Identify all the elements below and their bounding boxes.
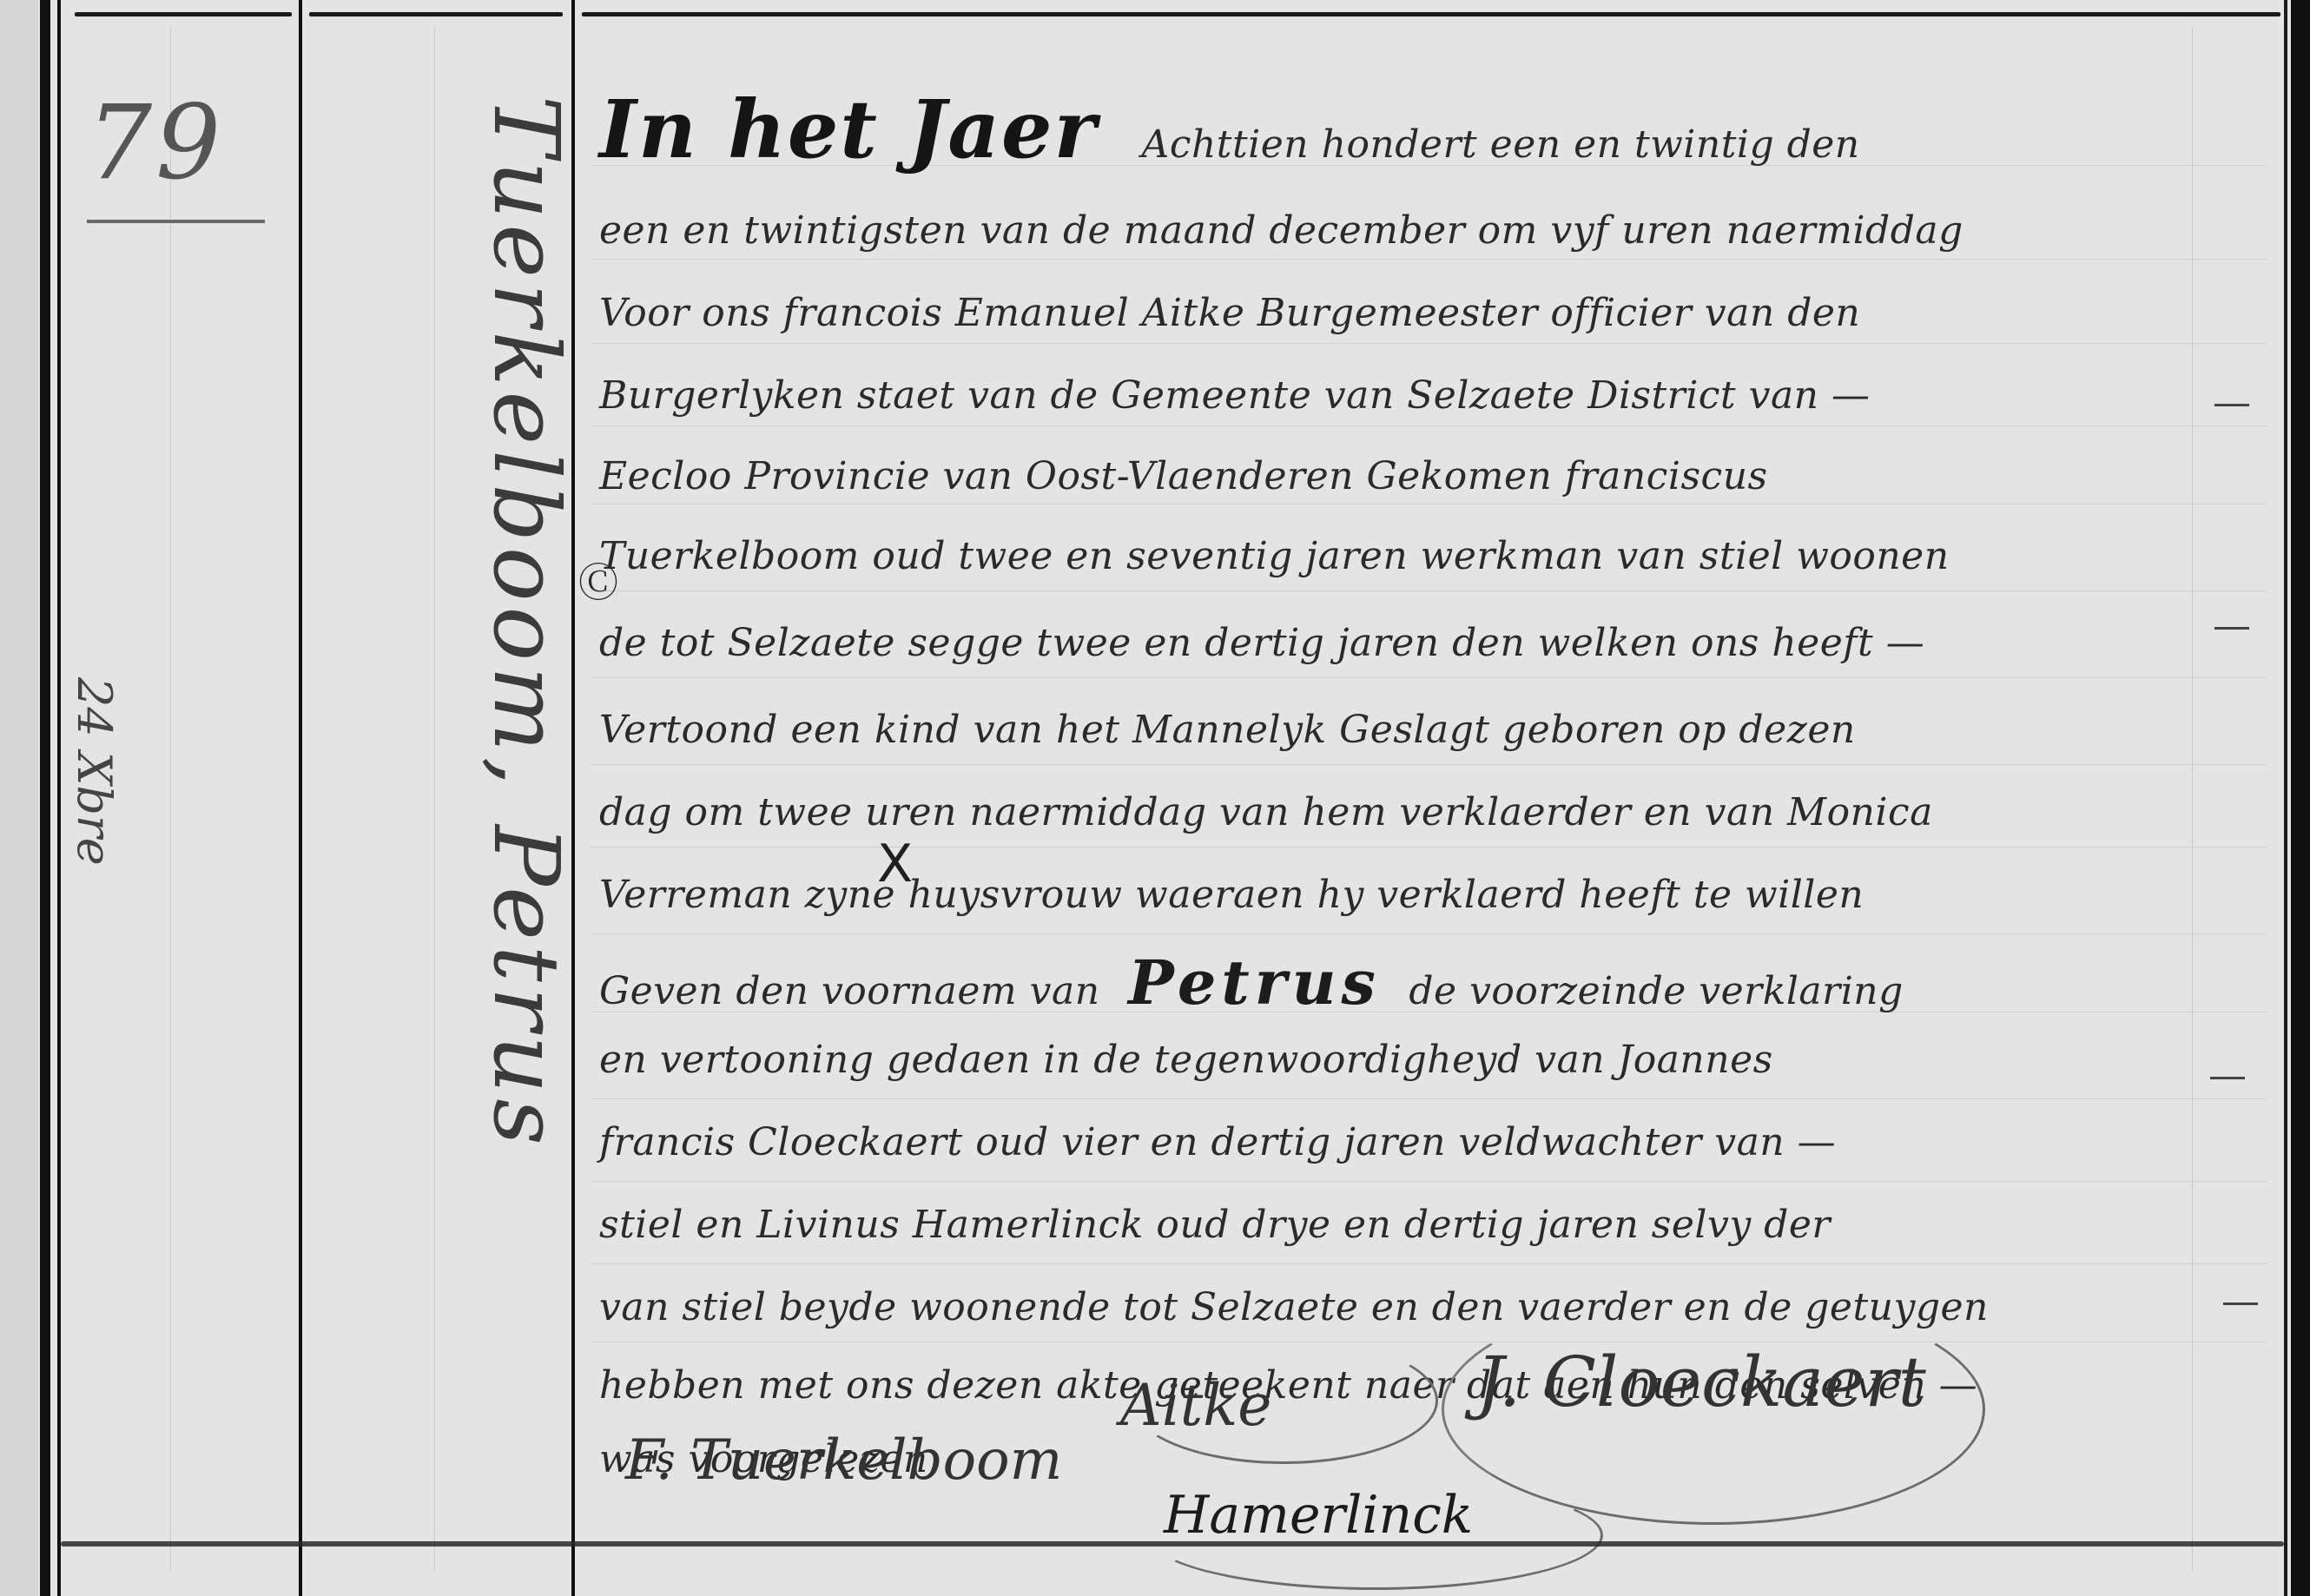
record-number-underline	[87, 220, 265, 223]
ruled-line	[591, 764, 2267, 765]
top-rule-number-column	[75, 12, 292, 16]
body-line: stiel en Livinus Hamerlinck oud drye en …	[599, 1203, 1831, 1247]
signature-tuerkelboom: F. Tuerkelboom	[625, 1428, 1062, 1493]
body-line: Burgerlyken staet van de Gemeente van Se…	[599, 373, 1871, 418]
line-filler-dash	[2214, 404, 2249, 406]
faint-guide-line	[170, 26, 171, 1572]
faint-guide-line	[2192, 26, 2193, 1572]
faint-guide-line	[434, 26, 435, 1572]
cross-mark: X	[877, 834, 913, 894]
line-filler-dash	[2223, 1303, 2258, 1305]
column-rule-right	[2284, 0, 2287, 1596]
binding-edge-rule	[40, 0, 50, 1596]
body-line-text: Achttien hondert een en twintig den	[1142, 122, 1860, 167]
top-rule-body-column	[582, 12, 2280, 16]
body-line: Voor ons francois Emanuel Aitke Burgemee…	[599, 291, 1860, 335]
ruled-line	[591, 1181, 2267, 1182]
ruled-line	[591, 847, 2267, 847]
margin-date: 24 Xbre	[67, 677, 122, 866]
record-heading: In het Jaer	[599, 82, 1098, 176]
body-line: francis Cloeckaert oud vier en dertig ja…	[599, 1120, 1836, 1164]
signature-flourish	[1146, 1481, 1603, 1590]
body-line: en vertooning gedaen in de tegenwoordigh…	[599, 1038, 1773, 1082]
ruled-line	[591, 1098, 2267, 1099]
ruled-line	[591, 933, 2267, 934]
ruled-line	[591, 259, 2267, 260]
ruled-line	[591, 590, 2267, 591]
register-page: 79 24 Xbre Tuerkelboom, Petrus In het Ja…	[0, 0, 2310, 1596]
signature-flourish	[1129, 1337, 1438, 1464]
child-given-name: Petrus	[1128, 946, 1381, 1019]
record-number: 79	[87, 82, 224, 202]
body-line: een en twintigsten van de maand december…	[599, 208, 1963, 253]
body-line: Verreman zyne huysvrouw waeraen hy verkl…	[599, 873, 1864, 917]
signature-flourish	[1442, 1294, 1985, 1525]
column-rule-number	[299, 0, 302, 1596]
ruled-line	[591, 504, 2267, 505]
margin-name: Tuerkelboom, Petrus	[473, 96, 579, 1151]
margin-annotation-mark: Ⓒ	[578, 551, 618, 609]
page-gutter	[0, 0, 38, 1596]
top-rule-name-column	[309, 12, 563, 16]
column-rule-left	[57, 0, 61, 1596]
body-line: Geven den voornaem van Petrus de voorzei…	[599, 946, 1904, 1019]
body-line: de tot Selzaete segge twee en dertig jar…	[599, 621, 1924, 665]
body-line: Eecloo Provincie van Oost-Vlaenderen Gek…	[599, 454, 1768, 498]
body-line: Tuerkelboom oud twee en seventig jaren w…	[599, 534, 1950, 578]
body-line-text: Geven den voornaem van	[599, 969, 1100, 1013]
record-end-rule	[61, 1541, 2284, 1547]
ruled-line	[591, 425, 2267, 426]
body-line: In het Jaer Achttien hondert een en twin…	[599, 82, 1860, 176]
ruled-line	[591, 1263, 2267, 1264]
ruled-line	[591, 343, 2267, 344]
page-right-edge	[2291, 0, 2310, 1596]
body-line: dag om twee uren naermiddag van hem verk…	[599, 790, 1933, 834]
line-filler-dash	[2214, 627, 2249, 630]
ruled-line	[591, 1342, 2267, 1342]
ruled-line	[591, 677, 2267, 678]
line-filler-dash	[2210, 1077, 2245, 1079]
body-line: Vertoond een kind van het Mannelyk Gesla…	[599, 708, 1856, 752]
body-line-text: de voorzeinde verklaring	[1409, 969, 1903, 1013]
